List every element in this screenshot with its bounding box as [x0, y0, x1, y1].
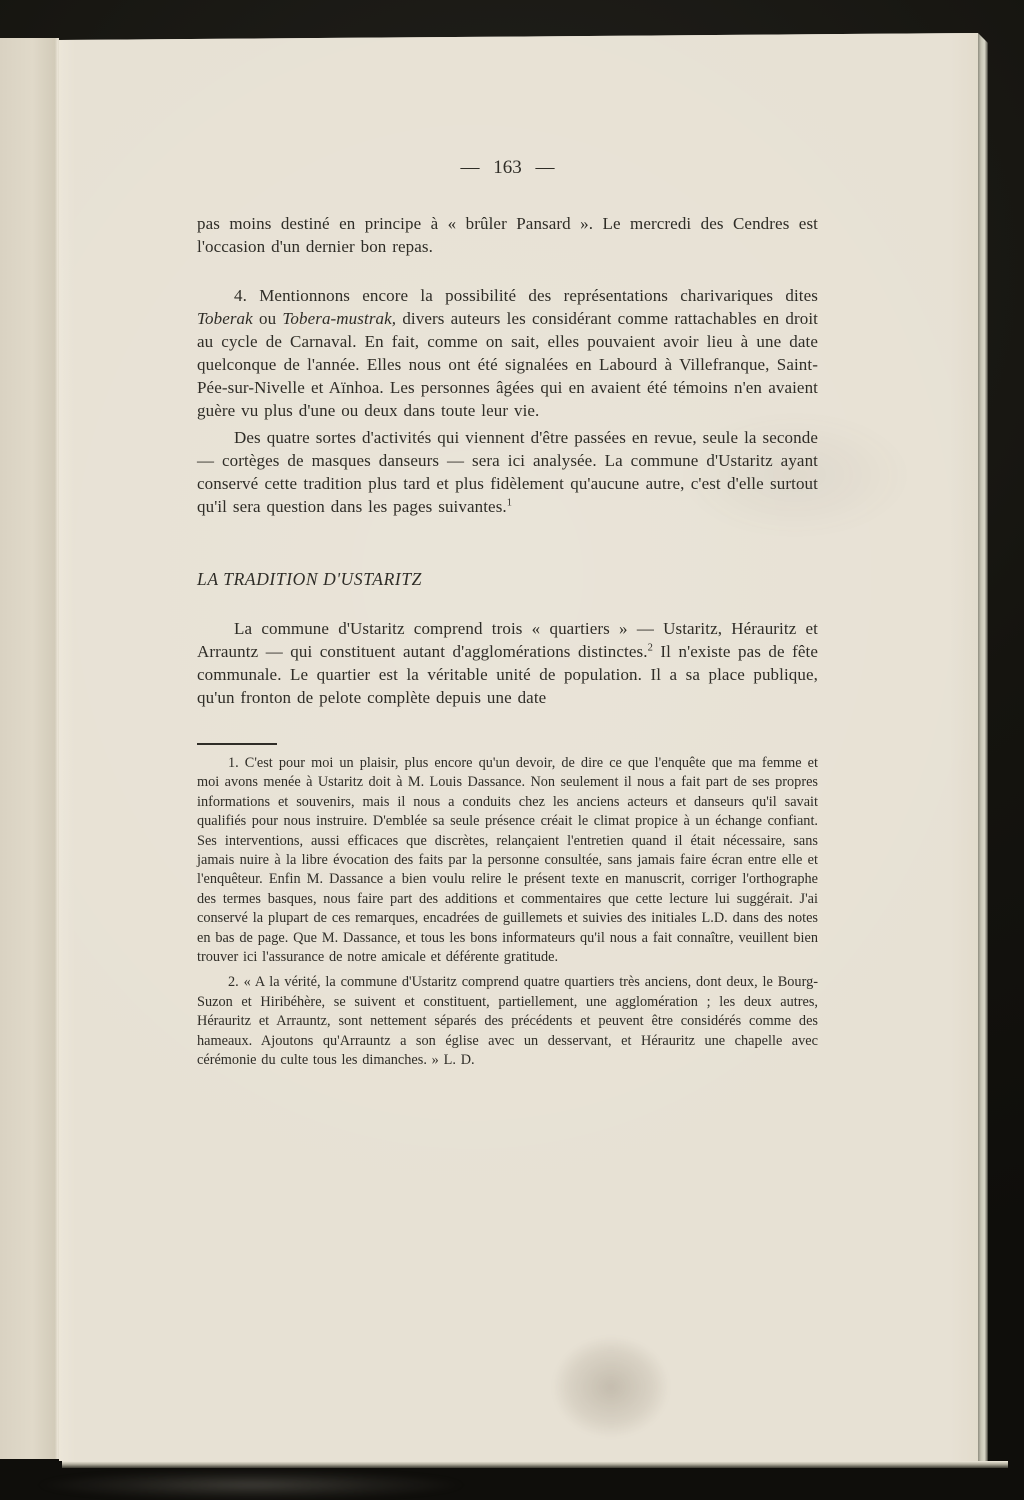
paragraph-charivari-text-2: ou: [253, 309, 283, 328]
book-scan-background: — 163 — pas moins destiné en principe à …: [0, 0, 1024, 1500]
section-heading: LA TRADITION D'USTARITZ: [197, 568, 818, 590]
term-toberak: Toberak: [197, 309, 253, 328]
paragraph-la-commune: La commune d'Ustaritz comprend trois « q…: [197, 617, 818, 709]
page-number: — 163 —: [197, 157, 818, 179]
footnote-ref-1: 1: [507, 497, 512, 508]
page-stack-edge: [978, 33, 988, 1461]
footnote-separator: [197, 743, 277, 745]
facing-page-edge: [0, 38, 59, 1459]
paper-stain-bottom: [536, 1322, 686, 1452]
paper-shade-top: [640, 390, 950, 560]
footnote-2: 2. « A la vérité, la commune d'Ustaritz …: [197, 973, 818, 1070]
book-page: — 163 — pas moins destiné en principe à …: [59, 33, 978, 1461]
paragraph-charivari-text-1: 4. Mentionnons encore la possibilité des…: [234, 286, 818, 305]
table-reflection: [36, 1470, 466, 1500]
term-tobera-mustrak: Tobera-mustrak,: [282, 309, 396, 328]
footnote-1: 1. C'est pour moi un plaisir, plus encor…: [197, 754, 818, 967]
paragraph-continuation-text: pas moins destiné en principe à « brûler…: [197, 214, 818, 256]
paragraph-continuation: pas moins destiné en principe à « brûler…: [197, 212, 818, 258]
page-bottom-edge: [62, 1461, 1008, 1468]
